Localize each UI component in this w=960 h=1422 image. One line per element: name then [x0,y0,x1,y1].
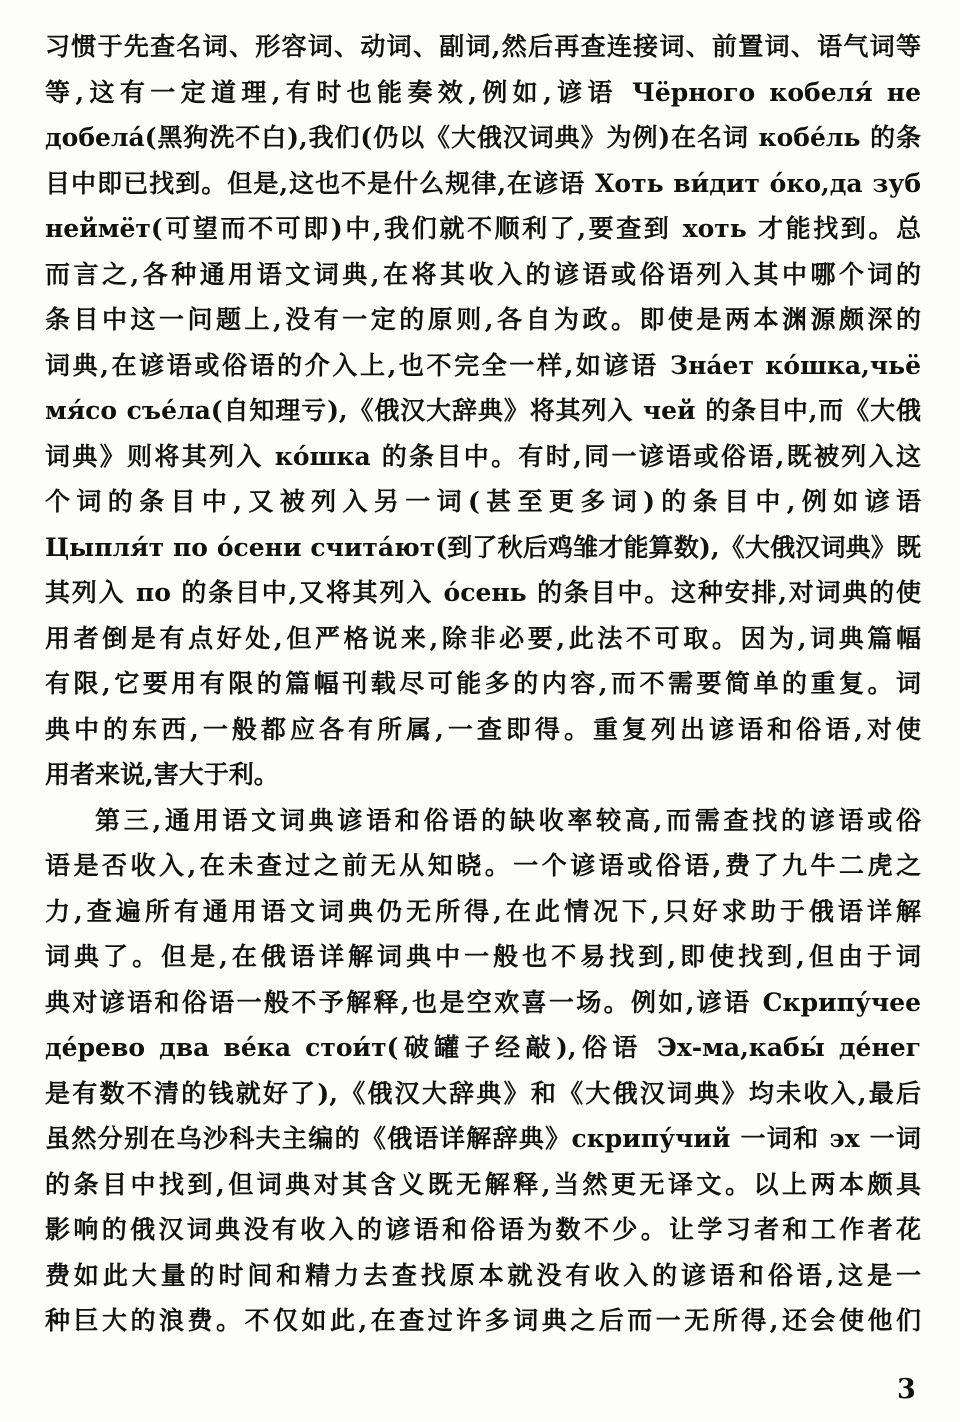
text-line: Цыпля́т по о́сени счита́ют(到了秋后鸡雏才能算数),《… [45,525,921,571]
text-line: добела́(黑狗洗不白),我们(仍以《大俄汉词典》为例)在名词 кобе́л… [45,115,921,161]
text-line: 用者倒是有点好处,但严格说来,除非必要,此法不可取。因为,词典篇幅 [45,616,921,662]
text-line: 用者来说,害大于利。 [45,752,921,798]
text-line: де́рево два ве́ка стои́т(破罐子经敲),俗语 Эх-ма… [45,1025,921,1071]
text-line: 典中的东西,一般都应各有所属,一查即得。重复列出谚语和俗语,对使 [45,707,921,753]
text-block: 习惯于先查名词、形容词、动词、副词,然后再查连接词、前置词、语气词等等,这有一定… [45,24,921,1344]
text-line: 而言之,各种通用语文词典,在将其收入的谚语或俗语列入其中哪个词的 [45,252,921,298]
text-line: 影响的俄汉词典没有收入的谚语和俗语为数不少。让学习者和工作者花 [45,1207,921,1253]
text-line: неймёт(可望而不可即)中,我们就不顺利了,要查到 хоть 才能找到。总 [45,206,921,252]
text-line: 典对谚语和俗语一般不予解释,也是空欢喜一场。例如,谚语 Скрипу́чее [45,980,921,1026]
text-line: 词典,在谚语或俗语的介入上,也不完全一样,如谚语 Зна́ет ко́шка,ч… [45,343,921,389]
text-line: 的条目中找到,但词典对其含义既无解释,当然更无译文。以上两本颇具 [45,1162,921,1208]
text-line: 有限,它要用有限的篇幅刊载尽可能多的内容,而不需要简单的重复。词 [45,661,921,707]
paragraph: 习惯于先查名词、形容词、动词、副词,然后再查连接词、前置词、语气词等等,这有一定… [45,24,921,798]
text-line: 词典了。但是,在俄语详解词典中一般也不易找到,即使找到,但由于词 [45,934,921,980]
page-number: 3 [897,1372,916,1408]
paragraph: 第三,通用语文词典谚语和俗语的缺收率较高,而需查找的谚语或俗语是否收入,在未查过… [45,798,921,1344]
text-line: 第三,通用语文词典谚语和俗语的缺收率较高,而需查找的谚语或俗 [45,798,921,844]
text-line: 等,这有一定道理,有时也能奏效,例如,谚语 Чёрного кобеля́ не… [45,70,921,116]
text-line: 条目中这一问题上,没有一定的原则,各自为政。即使是两本渊源颇深的 [45,297,921,343]
text-line: 词典》则将其列入 ко́шка 的条目中。有时,同一谚语或俗语,既被列入这 [45,434,921,480]
text-line: 个词的条目中,又被列入另一词(甚至更多词)的条目中,例如谚语 [45,479,921,525]
text-line: мя́со съе́ла(自知理亏),《俄汉大辞典》将其列入 чей 的条目中,… [45,388,921,434]
text-line: 虽然分别在乌沙科夫主编的《俄语详解辞典》скрипу́чий 一词和 эх 一词 [45,1116,921,1162]
document-page: 习惯于先查名词、形容词、动词、副词,然后再查连接词、前置词、语气词等等,这有一定… [0,0,960,1422]
text-line: 目中即已找到。但是,这也不是什么规律,在谚语 Хоть ви́дит о́ко,… [45,161,921,207]
text-line: 种巨大的浪费。不仅如此,在查过许多词典之后而一无所得,还会使他们 [45,1298,921,1344]
text-line: 费如此大量的时间和精力去查找原本就没有收入的谚语和俗语,这是一 [45,1253,921,1299]
text-line: 是有数不清的钱就好了),《俄汉大辞典》和《大俄汉词典》均未收入,最后 [45,1071,921,1117]
text-line: 语是否收入,在未查过之前无从知晓。一个谚语或俗语,费了九牛二虎之 [45,843,921,889]
text-line: 力,查遍所有通用语文词典仍无所得,在此情况下,只好求助于俄语详解 [45,889,921,935]
text-line: 其列入 по 的条目中,又将其列入 о́сень 的条目中。这种安排,对词典的使 [45,570,921,616]
text-line: 习惯于先查名词、形容词、动词、副词,然后再查连接词、前置词、语气词等 [45,24,921,70]
